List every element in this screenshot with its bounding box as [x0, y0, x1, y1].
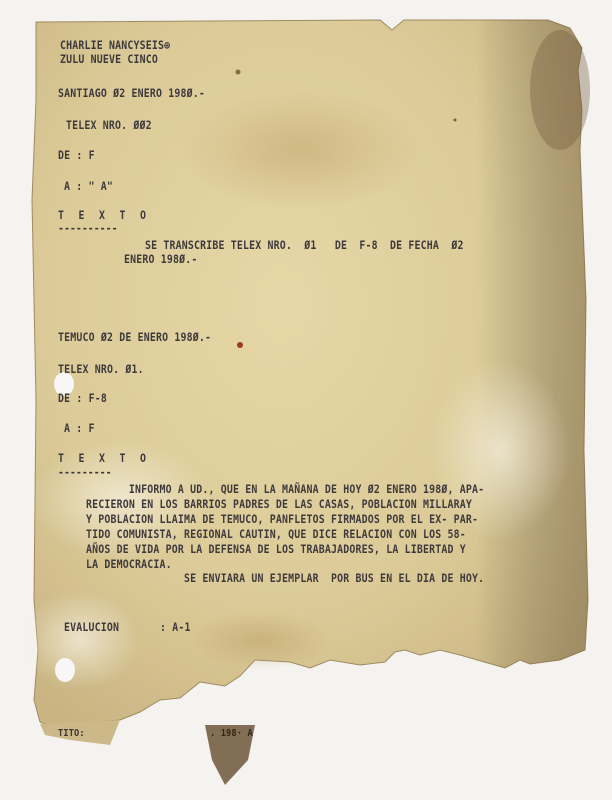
header-body-line-2: ENERO 198Ø.-: [124, 252, 198, 266]
text-label: T E X T O: [58, 208, 150, 222]
from-field: DE : F: [58, 148, 95, 162]
transcribed-from-field: DE : F-8: [58, 391, 107, 405]
torn-fragment-right: . 198· A: [210, 728, 253, 739]
transcribed-telex-number: TELEX NRO. Ø1.: [58, 362, 144, 376]
header-body-line-1: SE TRANSCRIBE TELEX NRO. Ø1 DE F-8 DE FE…: [145, 238, 464, 252]
evaluation-label: EVALUCION: [64, 620, 119, 634]
punch-hole-bottom: [55, 658, 75, 682]
body-line: AÑOS DE VIDA POR LA DEFENSA DE LOS TRABA…: [86, 542, 466, 556]
body-line: Y POBLACION LLAIMA DE TEMUCO, PANFLETOS …: [86, 512, 478, 526]
telex-number: TELEX NRO. ØØ2: [66, 118, 152, 132]
transcribed-text-underline: ---------: [58, 465, 112, 479]
body-line: TIDO COMUNISTA, REGIONAL CAUTIN, QUE DIC…: [86, 527, 466, 541]
evaluation-value: : A-1: [160, 620, 191, 634]
body-line: INFORMO A UD., QUE EN LA MAÑANA DE HOY Ø…: [86, 482, 484, 496]
body-line: RECIERON EN LOS BARRIOS PADRES DE LAS CA…: [86, 497, 472, 511]
to-field: A : " A": [64, 179, 113, 193]
body-line: LA DEMOCRACIA.: [86, 557, 172, 571]
telex-document-page: CHARLIE NANCYSEIS⊕ ZULU NUEVE CINCO SANT…: [0, 0, 612, 800]
transcribed-place-date: TEMUCO Ø2 DE ENERO 198Ø.-: [58, 330, 211, 344]
header-line-1: CHARLIE NANCYSEIS⊕: [60, 38, 170, 52]
transcribed-text-label: T E X T O: [58, 451, 150, 465]
transcribed-to-field: A : F: [64, 421, 95, 435]
body-line: SE ENVIARA UN EJEMPLAR POR BUS EN EL DIA…: [86, 571, 484, 585]
header-line-2: ZULU NUEVE CINCO: [60, 52, 158, 66]
text-label-underline: ----------: [58, 221, 118, 235]
torn-fragment-left: TITO:: [58, 728, 85, 739]
place-date: SANTIAGO Ø2 ENERO 198Ø.-: [58, 86, 205, 100]
